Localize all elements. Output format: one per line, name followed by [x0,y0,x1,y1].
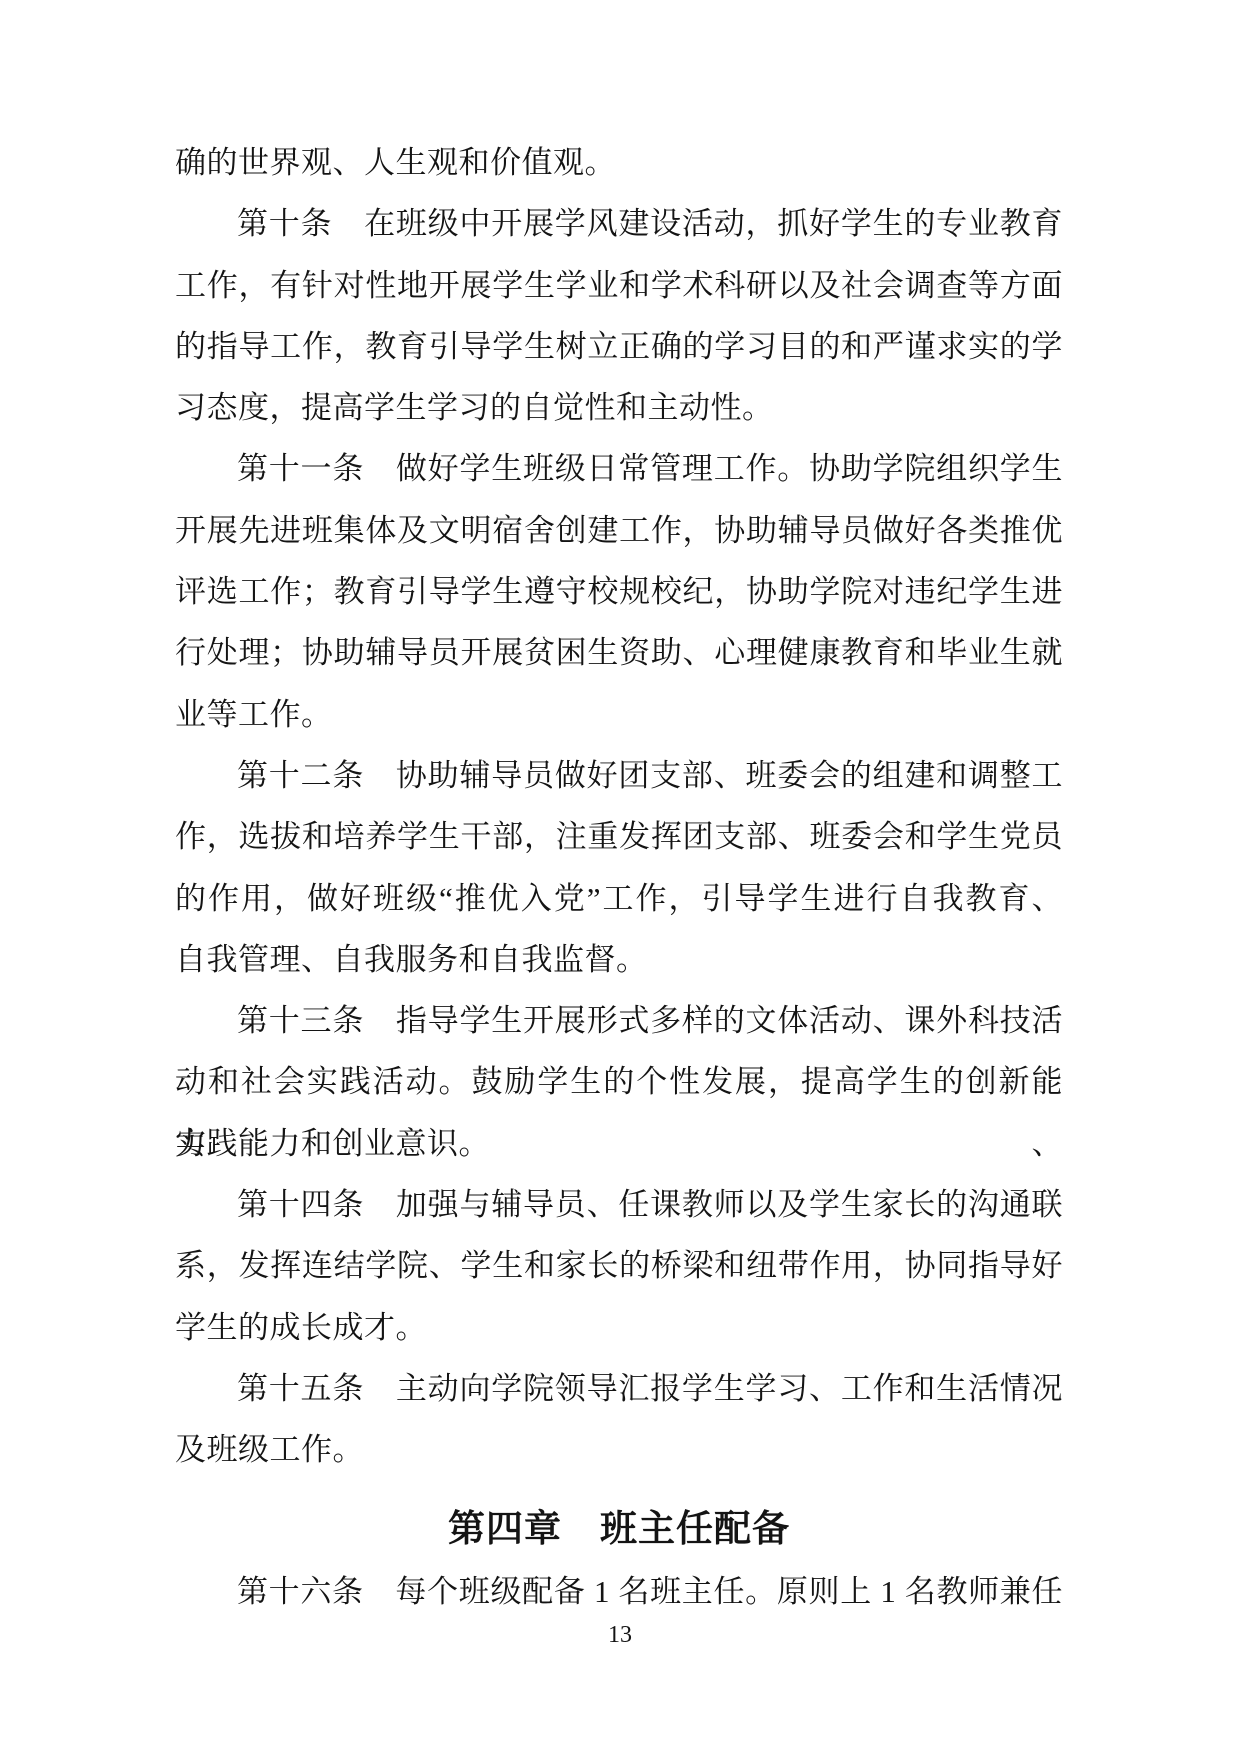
body-line: 的作用，做好班级“推优入党”工作，引导学生进行自我教育、 [175,868,1063,929]
body-line-article-11: 第十一条 做好学生班级日常管理工作。协助学院组织学生 [175,438,1063,499]
body-line: 确的世界观、人生观和价值观。 [175,132,1063,193]
text-block: 确的世界观、人生观和价值观。 第十条 在班级中开展学风建设活动，抓好学生的专业教… [175,132,1063,1622]
body-line-article-12: 第十二条 协助辅导员做好团支部、班委会的组建和调整工 [175,745,1063,806]
body-line: 评选工作；教育引导学生遵守校规校纪，协助学院对违纪学生进 [175,561,1063,622]
body-line-article-10: 第十条 在班级中开展学风建设活动，抓好学生的专业教育 [175,193,1063,254]
body-line: 动和社会实践活动。鼓励学生的个性发展，提高学生的创新能力、 [175,1051,1063,1112]
body-line-article-14: 第十四条 加强与辅导员、任课教师以及学生家长的沟通联 [175,1174,1063,1235]
body-line: 作，选拔和培养学生干部，注重发挥团支部、班委会和学生党员 [175,806,1063,867]
body-line-article-15: 第十五条 主动向学院领导汇报学生学习、工作和生活情况 [175,1358,1063,1419]
body-line: 及班级工作。 [175,1419,1063,1480]
body-line: 系，发挥连结学院、学生和家长的桥梁和纽带作用，协同指导好 [175,1235,1063,1296]
body-line: 自我管理、自我服务和自我监督。 [175,929,1063,990]
body-line: 的指导工作，教育引导学生树立正确的学习目的和严谨求实的学 [175,316,1063,377]
body-line-article-16: 第十六条 每个班级配备 1 名班主任。原则上 1 名教师兼任 [175,1561,1063,1622]
body-line: 业等工作。 [175,684,1063,745]
document-page: 确的世界观、人生观和价值观。 第十条 在班级中开展学风建设活动，抓好学生的专业教… [0,0,1240,1753]
body-line: 开展先进班集体及文明宿舍创建工作，协助辅导员做好各类推优 [175,500,1063,561]
body-line-article-13: 第十三条 指导学生开展形式多样的文体活动、课外科技活 [175,990,1063,1051]
page-number: 13 [0,1622,1240,1649]
body-line: 习态度，提高学生学习的自觉性和主动性。 [175,377,1063,438]
chapter-heading: 第四章 班主任配备 [175,1499,1063,1561]
body-line: 学生的成长成才。 [175,1297,1063,1358]
body-line: 行处理；协助辅导员开展贫困生资助、心理健康教育和毕业生就 [175,622,1063,683]
body-line: 工作，有针对性地开展学生学业和学术科研以及社会调查等方面 [175,255,1063,316]
